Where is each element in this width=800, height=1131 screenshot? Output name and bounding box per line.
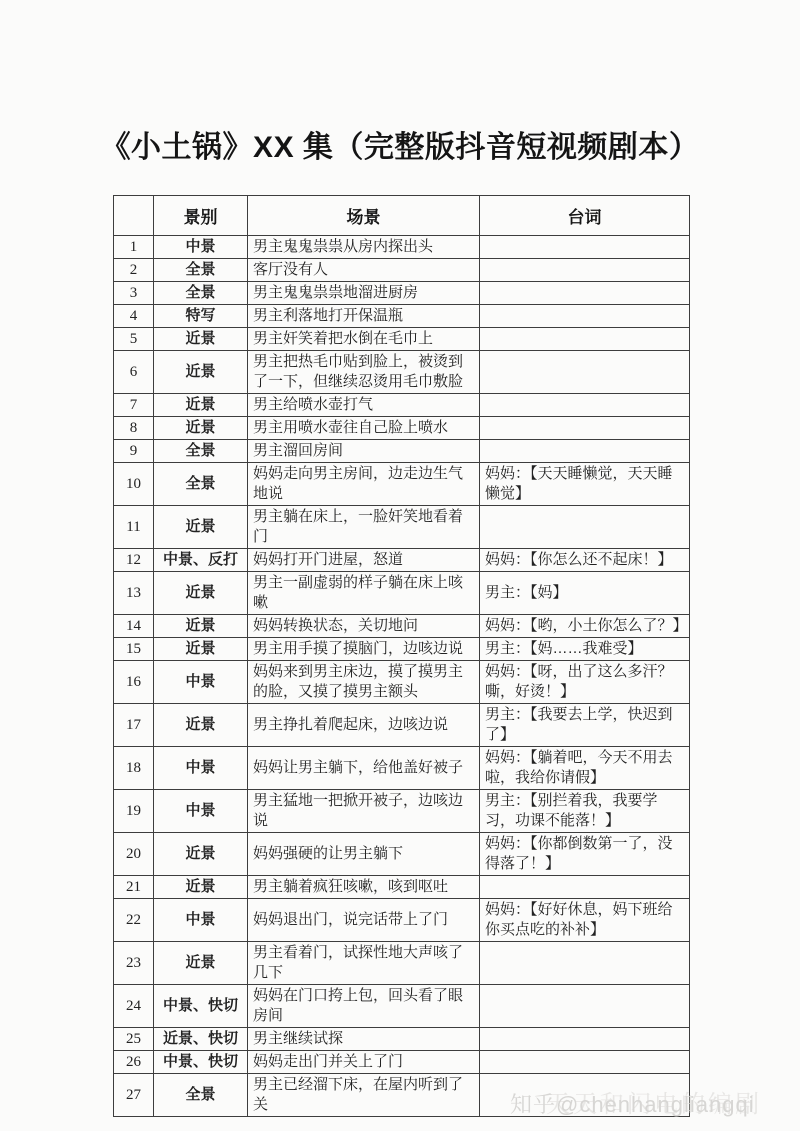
table-row: 20近景妈妈强硬的让男主躺下妈妈：【你都倒数第一了，没得落了！】 — [114, 833, 690, 876]
row-number: 22 — [114, 899, 154, 942]
shot-type: 中景 — [154, 661, 248, 704]
table-row: 12中景、反打妈妈打开门进屋，怒道妈妈：【你怎么还不起床！】 — [114, 549, 690, 572]
scene-text: 妈妈在门口挎上包，回头看了眼房间 — [248, 985, 480, 1028]
table-row: 3全景男主鬼鬼祟祟地溜进厨房 — [114, 282, 690, 305]
scene-text: 男主看着门，试探性地大声咳了几下 — [248, 942, 480, 985]
shot-type: 中景 — [154, 790, 248, 833]
dialogue-text — [480, 876, 690, 899]
dialogue-text — [480, 440, 690, 463]
table-row: 11近景男主躺在床上，一脸奸笑地看着门 — [114, 506, 690, 549]
dialogue-text: 男主：【别拦着我，我要学习，功课不能落！】 — [480, 790, 690, 833]
scene-text: 男主奸笑着把水倒在毛巾上 — [248, 328, 480, 351]
shot-type: 特写 — [154, 305, 248, 328]
dialogue-text — [480, 1074, 690, 1117]
dialogue-text: 妈妈：【你都倒数第一了，没得落了！】 — [480, 833, 690, 876]
shot-type: 中景 — [154, 236, 248, 259]
dialogue-text — [480, 1051, 690, 1074]
scene-text: 妈妈来到男主床边，摸了摸男主的脸，又摸了摸男主额头 — [248, 661, 480, 704]
scene-text: 男主鬼鬼祟祟地溜进厨房 — [248, 282, 480, 305]
dialogue-text: 男主：【妈……我难受】 — [480, 638, 690, 661]
row-number: 6 — [114, 351, 154, 394]
shot-type: 近景 — [154, 942, 248, 985]
row-number: 26 — [114, 1051, 154, 1074]
scene-text: 男主用喷水壶往自己脸上喷水 — [248, 417, 480, 440]
dialogue-text — [480, 236, 690, 259]
table-row: 1中景男主鬼鬼祟祟从房内探出头 — [114, 236, 690, 259]
table-row: 5近景男主奸笑着把水倒在毛巾上 — [114, 328, 690, 351]
scene-text: 男主一副虚弱的样子躺在床上咳嗽 — [248, 572, 480, 615]
scene-text: 男主把热毛巾贴到脸上，被烫到了一下，但继续忍烫用毛巾敷脸 — [248, 351, 480, 394]
row-number: 1 — [114, 236, 154, 259]
table-row: 8近景男主用喷水壶往自己脸上喷水 — [114, 417, 690, 440]
shot-type: 近景 — [154, 394, 248, 417]
table-row: 9全景男主溜回房间 — [114, 440, 690, 463]
shot-type: 近景、快切 — [154, 1028, 248, 1051]
table-row: 19中景男主猛地一把掀开被子，边咳边说男主：【别拦着我，我要学习，功课不能落！】 — [114, 790, 690, 833]
row-number: 5 — [114, 328, 154, 351]
row-number: 17 — [114, 704, 154, 747]
table-row: 22中景妈妈退出门，说完话带上了门妈妈：【好好休息，妈下班给你买点吃的补补】 — [114, 899, 690, 942]
dialogue-text — [480, 1028, 690, 1051]
table-row: 23近景男主看着门，试探性地大声咳了几下 — [114, 942, 690, 985]
dialogue-text: 妈妈：【躺着吧，今天不用去啦，我给你请假】 — [480, 747, 690, 790]
header-shot-type: 景别 — [154, 196, 248, 236]
scene-text: 男主猛地一把掀开被子，边咳边说 — [248, 790, 480, 833]
table-row: 24中景、快切妈妈在门口挎上包，回头看了眼房间 — [114, 985, 690, 1028]
row-number: 11 — [114, 506, 154, 549]
shot-type: 近景 — [154, 417, 248, 440]
table-row: 13近景男主一副虚弱的样子躺在床上咳嗽男主：【妈】 — [114, 572, 690, 615]
header-index — [114, 196, 154, 236]
table-row: 26中景、快切妈妈走出门并关上了门 — [114, 1051, 690, 1074]
row-number: 13 — [114, 572, 154, 615]
table-row: 2全景客厅没有人 — [114, 259, 690, 282]
row-number: 3 — [114, 282, 154, 305]
scene-text: 客厅没有人 — [248, 259, 480, 282]
shot-type: 近景 — [154, 876, 248, 899]
row-number: 19 — [114, 790, 154, 833]
shot-type: 中景 — [154, 747, 248, 790]
scene-text: 男主继续试探 — [248, 1028, 480, 1051]
row-number: 2 — [114, 259, 154, 282]
row-number: 18 — [114, 747, 154, 790]
table-row: 4特写男主利落地打开保温瓶 — [114, 305, 690, 328]
shot-type: 近景 — [154, 572, 248, 615]
shot-type: 中景 — [154, 899, 248, 942]
shot-type: 中景、反打 — [154, 549, 248, 572]
scene-text: 男主挣扎着爬起床，边咳边说 — [248, 704, 480, 747]
document-page: 《小土锅》XX 集（完整版抖音短视频剧本） 景别 场景 台词 1中景男主鬼鬼祟祟… — [0, 0, 800, 1131]
dialogue-text — [480, 942, 690, 985]
scene-text: 男主已经溜下床，在屋内听到了关 — [248, 1074, 480, 1117]
shot-type: 全景 — [154, 440, 248, 463]
dialogue-text — [480, 282, 690, 305]
row-number: 7 — [114, 394, 154, 417]
dialogue-text — [480, 259, 690, 282]
dialogue-text — [480, 305, 690, 328]
dialogue-text — [480, 985, 690, 1028]
table-row: 10全景妈妈走向男主房间，边走边生气地说妈妈：【天天睡懒觉，天天睡懒觉】 — [114, 463, 690, 506]
table-row: 7近景男主给喷水壶打气 — [114, 394, 690, 417]
dialogue-text — [480, 506, 690, 549]
shot-type: 近景 — [154, 506, 248, 549]
scene-text: 妈妈强硬的让男主躺下 — [248, 833, 480, 876]
table-row: 25近景、快切男主继续试探 — [114, 1028, 690, 1051]
dialogue-text: 妈妈：【呀，出了这么多汗？嘶，好烫！】 — [480, 661, 690, 704]
dialogue-text: 妈妈：【你怎么还不起床！】 — [480, 549, 690, 572]
dialogue-text — [480, 417, 690, 440]
scene-text: 男主躺在床上，一脸奸笑地看着门 — [248, 506, 480, 549]
scene-text: 男主溜回房间 — [248, 440, 480, 463]
table-row: 14近景妈妈转换状态，关切地问妈妈：【哟，小土你怎么了？】 — [114, 615, 690, 638]
row-number: 20 — [114, 833, 154, 876]
table-row: 16中景妈妈来到男主床边，摸了摸男主的脸，又摸了摸男主额头妈妈：【呀，出了这么多… — [114, 661, 690, 704]
scene-text: 男主躺着疯狂咳嗽，咳到呕吐 — [248, 876, 480, 899]
scene-text: 妈妈打开门进屋，怒道 — [248, 549, 480, 572]
dialogue-text: 妈妈：【天天睡懒觉，天天睡懒觉】 — [480, 463, 690, 506]
scene-text: 男主用手摸了摸脑门，边咳边说 — [248, 638, 480, 661]
shot-type: 近景 — [154, 704, 248, 747]
shot-type: 全景 — [154, 259, 248, 282]
table-row: 18中景妈妈让男主躺下，给他盖好被子妈妈：【躺着吧，今天不用去啦，我给你请假】 — [114, 747, 690, 790]
shot-type: 近景 — [154, 638, 248, 661]
dialogue-text: 妈妈：【好好休息，妈下班给你买点吃的补补】 — [480, 899, 690, 942]
scene-text: 妈妈退出门，说完话带上了门 — [248, 899, 480, 942]
shot-type: 近景 — [154, 615, 248, 638]
row-number: 4 — [114, 305, 154, 328]
row-number: 10 — [114, 463, 154, 506]
row-number: 16 — [114, 661, 154, 704]
row-number: 15 — [114, 638, 154, 661]
header-dialogue: 台词 — [480, 196, 690, 236]
scene-text: 男主给喷水壶打气 — [248, 394, 480, 417]
row-number: 27 — [114, 1074, 154, 1117]
shot-type: 全景 — [154, 282, 248, 305]
scene-text: 妈妈走出门并关上了门 — [248, 1051, 480, 1074]
row-number: 12 — [114, 549, 154, 572]
table-row: 6近景男主把热毛巾贴到脸上，被烫到了一下，但继续忍烫用毛巾敷脸 — [114, 351, 690, 394]
shot-type: 中景、快切 — [154, 1051, 248, 1074]
dialogue-text: 男主：【妈】 — [480, 572, 690, 615]
shot-type: 近景 — [154, 328, 248, 351]
scene-text: 妈妈走向男主房间，边走边生气地说 — [248, 463, 480, 506]
table-header-row: 景别 场景 台词 — [114, 196, 690, 236]
scene-text: 妈妈让男主躺下，给他盖好被子 — [248, 747, 480, 790]
dialogue-text — [480, 394, 690, 417]
row-number: 14 — [114, 615, 154, 638]
table-row: 21近景男主躺着疯狂咳嗽，咳到呕吐 — [114, 876, 690, 899]
shot-type: 近景 — [154, 833, 248, 876]
row-number: 24 — [114, 985, 154, 1028]
row-number: 23 — [114, 942, 154, 985]
scene-text: 男主鬼鬼祟祟从房内探出头 — [248, 236, 480, 259]
dialogue-text: 妈妈：【哟，小土你怎么了？】 — [480, 615, 690, 638]
table-row: 17近景男主挣扎着爬起床，边咳边说男主：【我要去上学，快迟到了】 — [114, 704, 690, 747]
table-row: 27全景男主已经溜下床，在屋内听到了关 — [114, 1074, 690, 1117]
shot-type: 近景 — [154, 351, 248, 394]
script-table: 景别 场景 台词 1中景男主鬼鬼祟祟从房内探出头2全景客厅没有人3全景男主鬼鬼祟… — [113, 195, 690, 1117]
row-number: 25 — [114, 1028, 154, 1051]
page-title: 《小土锅》XX 集（完整版抖音短视频剧本） — [0, 122, 800, 166]
scene-text: 男主利落地打开保温瓶 — [248, 305, 480, 328]
dialogue-text — [480, 328, 690, 351]
table-row: 15近景男主用手摸了摸脑门，边咳边说男主：【妈……我难受】 — [114, 638, 690, 661]
row-number: 9 — [114, 440, 154, 463]
row-number: 21 — [114, 876, 154, 899]
dialogue-text: 男主：【我要去上学，快迟到了】 — [480, 704, 690, 747]
shot-type: 全景 — [154, 463, 248, 506]
shot-type: 中景、快切 — [154, 985, 248, 1028]
dialogue-text — [480, 351, 690, 394]
shot-type: 全景 — [154, 1074, 248, 1117]
scene-text: 妈妈转换状态，关切地问 — [248, 615, 480, 638]
header-scene: 场景 — [248, 196, 480, 236]
row-number: 8 — [114, 417, 154, 440]
